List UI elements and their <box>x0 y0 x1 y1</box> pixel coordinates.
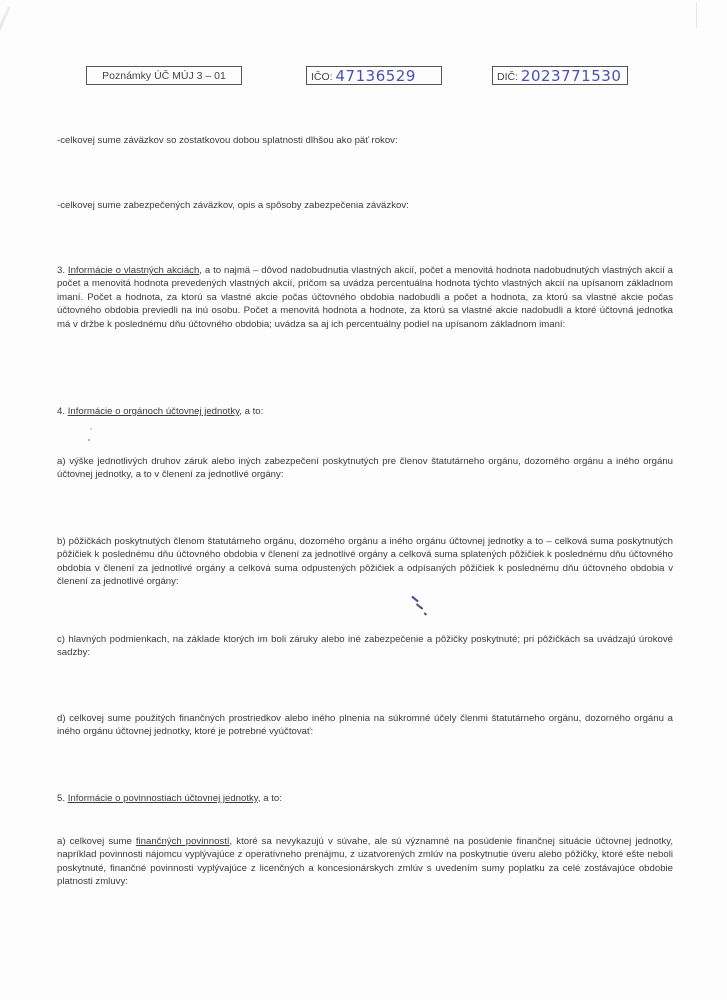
section-3: 3. Informácie o vlastných akciách, a to … <box>57 264 673 331</box>
section-5-item-a-prefix: a) celkovej sume <box>57 836 136 847</box>
section-3-title: Informácie o vlastných akciách <box>68 265 199 276</box>
scan-artifact-streak <box>0 6 11 91</box>
form-label-box: Poznámky ÚČ MÚJ 3 – 01 <box>86 66 242 85</box>
ico-label: IČO: <box>311 71 333 83</box>
pen-mark <box>420 606 424 609</box>
form-label: Poznámky ÚČ MÚJ 3 – 01 <box>102 70 226 82</box>
pen-mark <box>424 612 427 615</box>
section-4-number: 4. <box>57 406 65 417</box>
section-4-item-b: b) pôžičkách poskytnutých členom štatutá… <box>57 535 673 589</box>
section-5-title: Informácie o povinnostiach účtovnej jedn… <box>68 793 258 804</box>
item-long-term-liabilities: -celkovej sume záväzkov so zostatkovou d… <box>57 134 673 147</box>
section-4-item-d: d) celkovej sume použitých finančných pr… <box>57 712 673 739</box>
section-4-heading: 4. Informácie o orgánoch účtovnej jednot… <box>57 405 673 418</box>
section-5-suffix: , a to: <box>258 793 282 804</box>
section-5-item-a: a) celkovej sume finančných povinností, … <box>57 835 673 889</box>
scan-speck <box>90 428 92 430</box>
section-5-number: 5. <box>57 793 65 804</box>
section-4-title: Informácie o orgánoch účtovnej jednotky <box>68 406 240 417</box>
section-4-suffix: , a to: <box>239 406 263 417</box>
item-secured-liabilities: -celkovej sume zabezpečených záväzkov, o… <box>57 199 673 212</box>
section-5-item-a-underlined: finančných povinností <box>136 836 230 847</box>
section-3-number: 3. <box>57 265 65 276</box>
ico-field: IČO: 47136529 <box>306 66 442 85</box>
ico-value: 47136529 <box>336 67 416 85</box>
section-4-item-a: a) výške jednotlivých druhov záruk alebo… <box>57 455 673 482</box>
scan-artifact-line <box>696 2 697 28</box>
dic-value: 2023771530 <box>521 67 621 85</box>
section-5-heading: 5. Informácie o povinnostiach účtovnej j… <box>57 792 673 805</box>
dic-label: DIČ: <box>497 71 518 83</box>
dic-field: DIČ: 2023771530 <box>492 66 628 85</box>
pen-mark <box>411 596 418 603</box>
section-4-item-c: c) hlavných podmienkach, na základe ktor… <box>57 633 673 660</box>
scan-speck <box>88 439 90 441</box>
